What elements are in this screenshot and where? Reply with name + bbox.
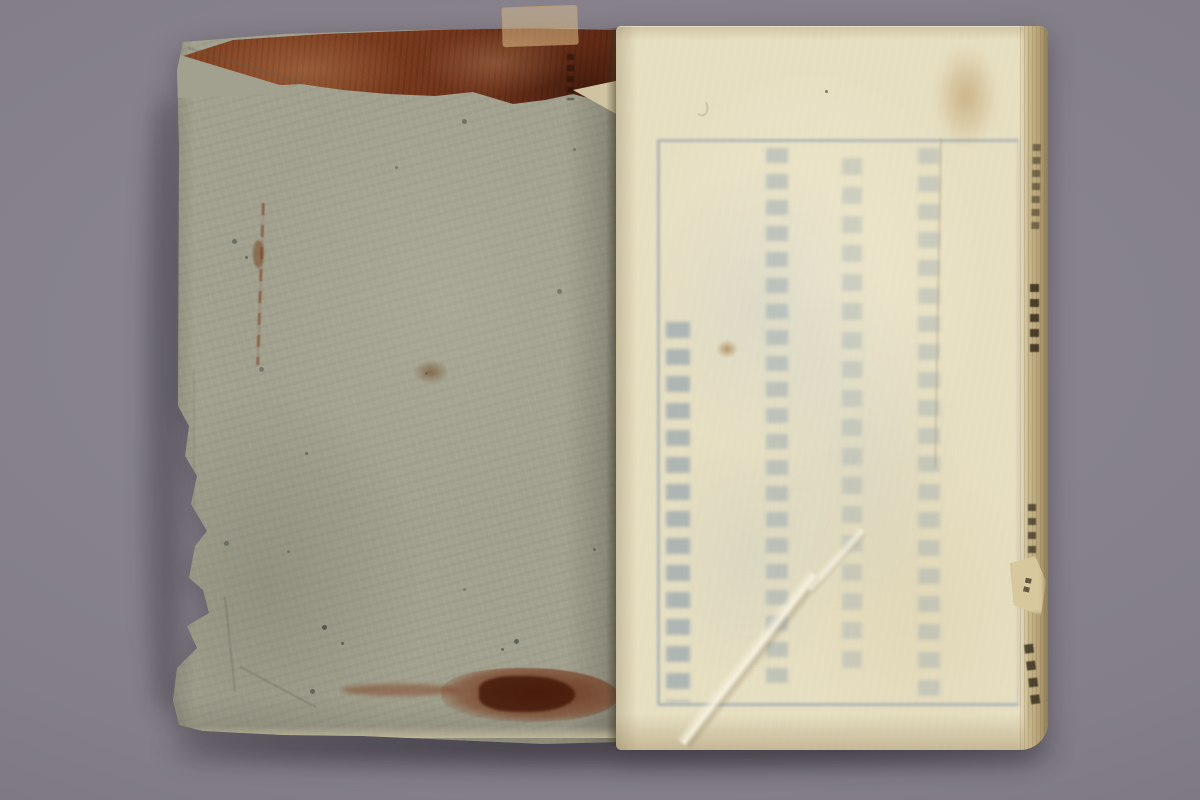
fore-edge-ink-mark	[1028, 504, 1036, 562]
faint-curl-mark	[696, 100, 708, 116]
ink-speck	[825, 90, 828, 93]
fold-crease	[193, 368, 195, 548]
repair-tape-tab	[501, 5, 578, 48]
bleedthrough-column-1	[666, 322, 690, 702]
center-stain-spot	[716, 340, 738, 358]
fore-edge-ink-mark	[1031, 144, 1040, 230]
fore-edge-ink-mark	[1030, 284, 1039, 358]
fore-edge	[1020, 26, 1048, 750]
cover-bottom-edge-highlight	[181, 726, 617, 738]
bleedthrough-frame	[657, 139, 1020, 706]
rust-streak	[256, 203, 265, 365]
red-stain-core	[479, 676, 575, 712]
rust-spot	[253, 240, 264, 268]
paper-flecks	[163, 28, 166, 31]
open-book	[0, 0, 1200, 800]
fold-crease	[224, 596, 236, 692]
endpaper-leaf	[616, 26, 1048, 750]
photo-stage	[0, 0, 1200, 800]
top-right-stain	[934, 46, 998, 148]
fold-crease	[240, 666, 317, 708]
bleedthrough-column-3	[842, 158, 862, 678]
inside-back-cover	[163, 28, 620, 745]
brown-stain-spot	[413, 360, 449, 384]
